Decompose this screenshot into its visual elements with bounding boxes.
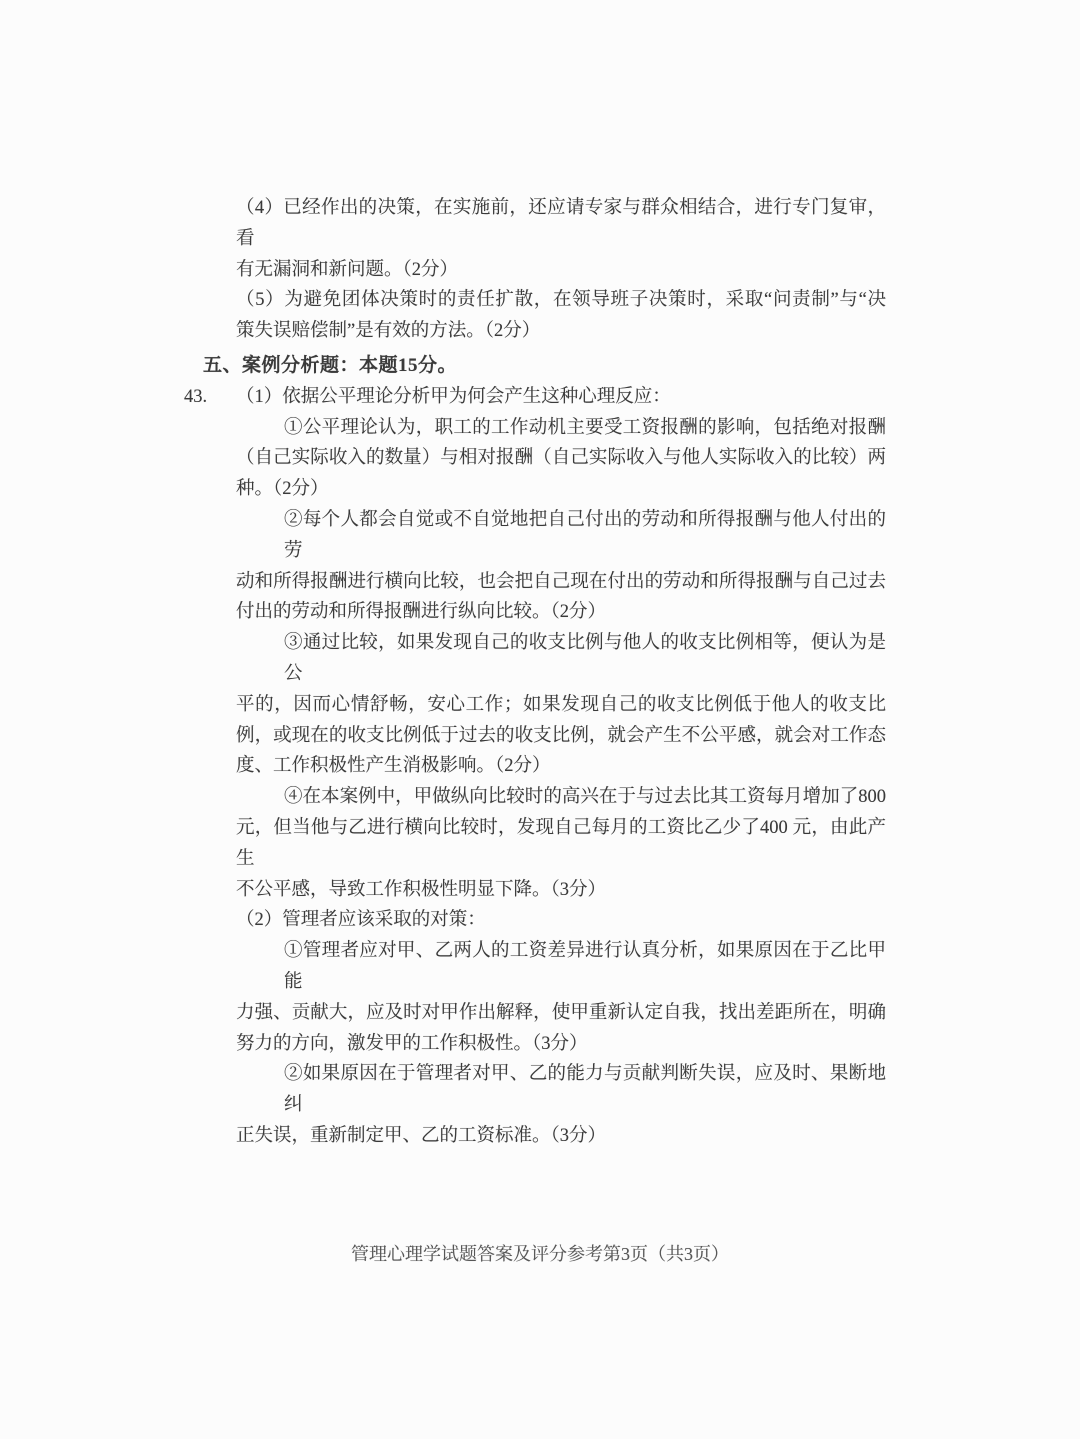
page-footer-text: 管理心理学试题答案及评分参考第3页（共3页） [351, 1244, 729, 1264]
q43-p2-point1-l3: 努力的方向，激发甲的工作积极性。（3分） [236, 1029, 886, 1060]
ans4-line-2: 有无漏洞和新问题。（2分） [236, 255, 886, 286]
section-heading: 五、案例分析题：本题15分。 [203, 351, 886, 382]
q43-p2-point1-l2: 力强、贡献大，应及时对甲作出解释，使甲重新认定自我，找出差距所在，明确 [236, 998, 886, 1029]
q43-p1-point1-l2: （自己实际收入的数量）与相对报酬（自己实际收入与他人实际收入的比较）两 [236, 443, 886, 474]
q43-p1-point4-l1: ④在本案例中，甲做纵向比较时的高兴在于与过去比其工资每月增加了800 [236, 782, 886, 813]
ans5-line-1: （5）为避免团体决策时的责任扩散，在领导班子决策时，采取“问责制”与“决 [236, 285, 886, 316]
q43-p1-point2-l3: 付出的劳动和所得报酬进行纵向比较。（2分） [236, 597, 886, 628]
q43-p2-point2-l1: ②如果原因在于管理者对甲、乙的能力与贡献判断失误，应及时、果断地纠 [236, 1059, 886, 1121]
ans4-line-1: （4）已经作出的决策，在实施前，还应请专家与群众相结合，进行专门复审，看 [236, 193, 886, 255]
ans5-line-2: 策失误赔偿制”是有效的方法。（2分） [236, 316, 886, 347]
q43-p1-point4-l3: 不公平感，导致工作积极性明显下降。（3分） [236, 875, 886, 906]
q43-part2-title: （2）管理者应该采取的对策： [236, 905, 886, 936]
q43-p1-point1-l3: 种。（2分） [236, 474, 886, 505]
answer-sheet-body: （4）已经作出的决策，在实施前，还应请专家与群众相结合，进行专门复审，看 有无漏… [236, 193, 886, 1152]
q43-p1-point2-l2: 动和所得报酬进行横向比较，也会把自己现在付出的劳动和所得报酬与自己过去 [236, 567, 886, 598]
document-page: （4）已经作出的决策，在实施前，还应请专家与群众相结合，进行专门复审，看 有无漏… [0, 0, 1080, 1439]
question-43-intro: 43. （1）依据公平理论分析甲为何会产生这种心理反应： [236, 382, 886, 413]
q43-p1-point4-l2: 元，但当他与乙进行横向比较时，发现自己每月的工资比乙少了400 元，由此产生 [236, 813, 886, 875]
q43-p2-point1-l1: ①管理者应对甲、乙两人的工资差异进行认真分析，如果原因在于乙比甲能 [236, 936, 886, 998]
q43-p1-point3-l3: 例，或现在的收支比例低于过去的收支比例，就会产生不公平感，就会对工作态 [236, 721, 886, 752]
q43-p1-point3-l2: 平的，因而心情舒畅，安心工作；如果发现自己的收支比例低于他人的收支比 [236, 690, 886, 721]
q43-p1-point3-l4: 度、工作积极性产生消极影响。（2分） [236, 751, 886, 782]
question-43-part1-title: （1）依据公平理论分析甲为何会产生这种心理反应： [236, 387, 671, 407]
page-footer: 管理心理学试题答案及评分参考第3页（共3页） [0, 1240, 1080, 1266]
q43-p1-point1-l1: ①公平理论认为，职工的工作动机主要受工资报酬的影响，包括绝对报酬 [236, 413, 886, 444]
q43-p2-point2-l2: 正失误，重新制定甲、乙的工资标准。（3分） [236, 1121, 886, 1152]
q43-p1-point3-l1: ③通过比较，如果发现自己的收支比例与他人的收支比例相等，便认为是公 [236, 628, 886, 690]
q43-p1-point2-l1: ②每个人都会自觉或不自觉地把自己付出的劳动和所得报酬与他人付出的劳 [236, 505, 886, 567]
question-number: 43. [184, 382, 207, 413]
